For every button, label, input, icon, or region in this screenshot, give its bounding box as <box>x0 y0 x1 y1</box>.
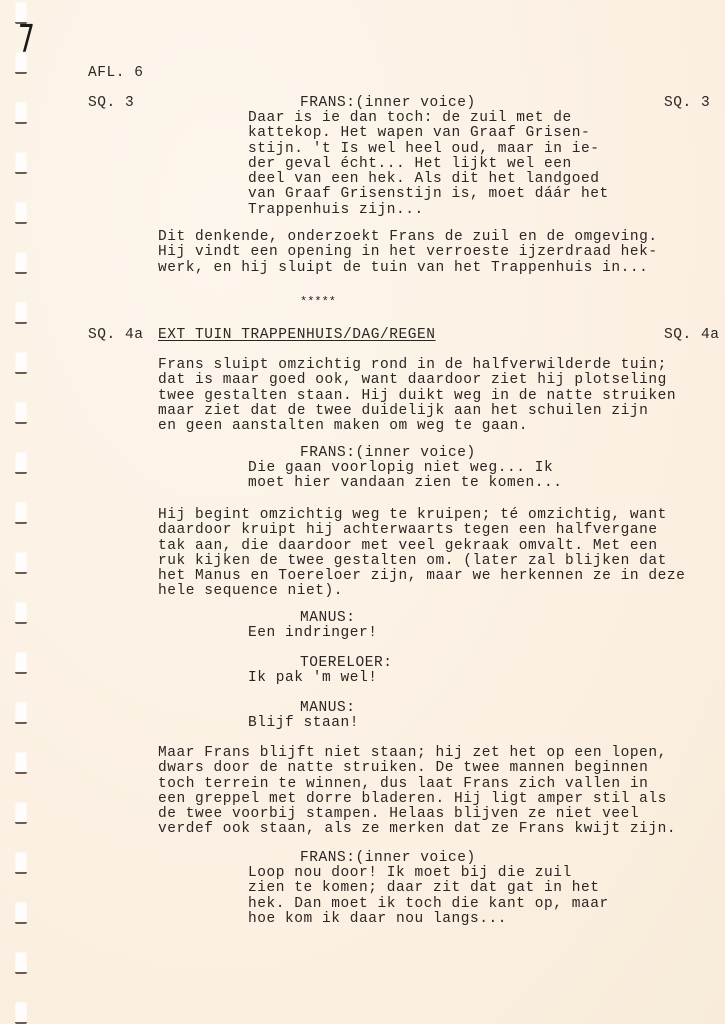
scene-separator: ***** <box>300 295 336 310</box>
character-name: MANUS: <box>300 611 356 626</box>
dialogue-text: Ik pak 'm wel! <box>248 671 378 686</box>
binding-hole <box>15 302 27 324</box>
scene-label-right: SQ. 3 <box>664 96 710 111</box>
episode-label: AFL. 6 <box>88 66 144 81</box>
dialogue-text: Loop nou door! Ik moet bij die zuil zien… <box>248 866 609 927</box>
binding-hole <box>15 252 27 274</box>
binding-hole <box>15 102 27 124</box>
character-name: FRANS:(inner voice) <box>300 446 476 461</box>
handwritten-page-number: 7 <box>18 20 35 58</box>
binding-hole <box>15 402 27 424</box>
scene-heading: EXT TUIN TRAPPENHUIS/DAG/REGEN <box>158 328 436 343</box>
binding-hole <box>15 502 27 524</box>
scene-label-right: SQ. 4a <box>664 328 720 343</box>
binding-hole <box>15 202 27 224</box>
character-name: TOERELOER: <box>300 656 393 671</box>
character-name: FRANS:(inner voice) <box>300 96 476 111</box>
binding-hole <box>15 852 27 874</box>
action-text: Maar Frans blijft niet staan; hij zet he… <box>158 746 676 838</box>
binding-hole <box>15 802 27 824</box>
dialogue-text: Een indringer! <box>248 626 378 641</box>
action-text: Dit denkende, onderzoekt Frans de zuil e… <box>158 230 658 276</box>
dialogue-text: Die gaan voorlopig niet weg... Ik moet h… <box>248 461 563 492</box>
character-name: MANUS: <box>300 701 356 716</box>
binding-hole <box>15 902 27 924</box>
binding-hole <box>15 602 27 624</box>
scene-label-left: SQ. 4a <box>88 328 144 343</box>
action-text: Frans sluipt omzichtig rond in de halfve… <box>158 358 676 434</box>
binding-hole <box>15 552 27 574</box>
binding-hole <box>15 752 27 774</box>
script-page: 7 AFL. 6 SQ. 3 SQ. 3 FRANS:(inner voice)… <box>0 0 725 1024</box>
binding-hole <box>15 452 27 474</box>
dialogue-text: Blijf staan! <box>248 716 359 731</box>
binding-hole <box>15 702 27 724</box>
binding-hole <box>15 652 27 674</box>
character-name: FRANS:(inner voice) <box>300 851 476 866</box>
binding-hole <box>15 952 27 974</box>
scene-label-left: SQ. 3 <box>88 96 134 111</box>
binding-hole <box>15 152 27 174</box>
binding-hole <box>15 1002 27 1024</box>
action-text: Hij begint omzichtig weg te kruipen; té … <box>158 508 685 600</box>
dialogue-text: Daar is ie dan toch: de zuil met de katt… <box>248 111 609 218</box>
binding-hole <box>15 352 27 374</box>
